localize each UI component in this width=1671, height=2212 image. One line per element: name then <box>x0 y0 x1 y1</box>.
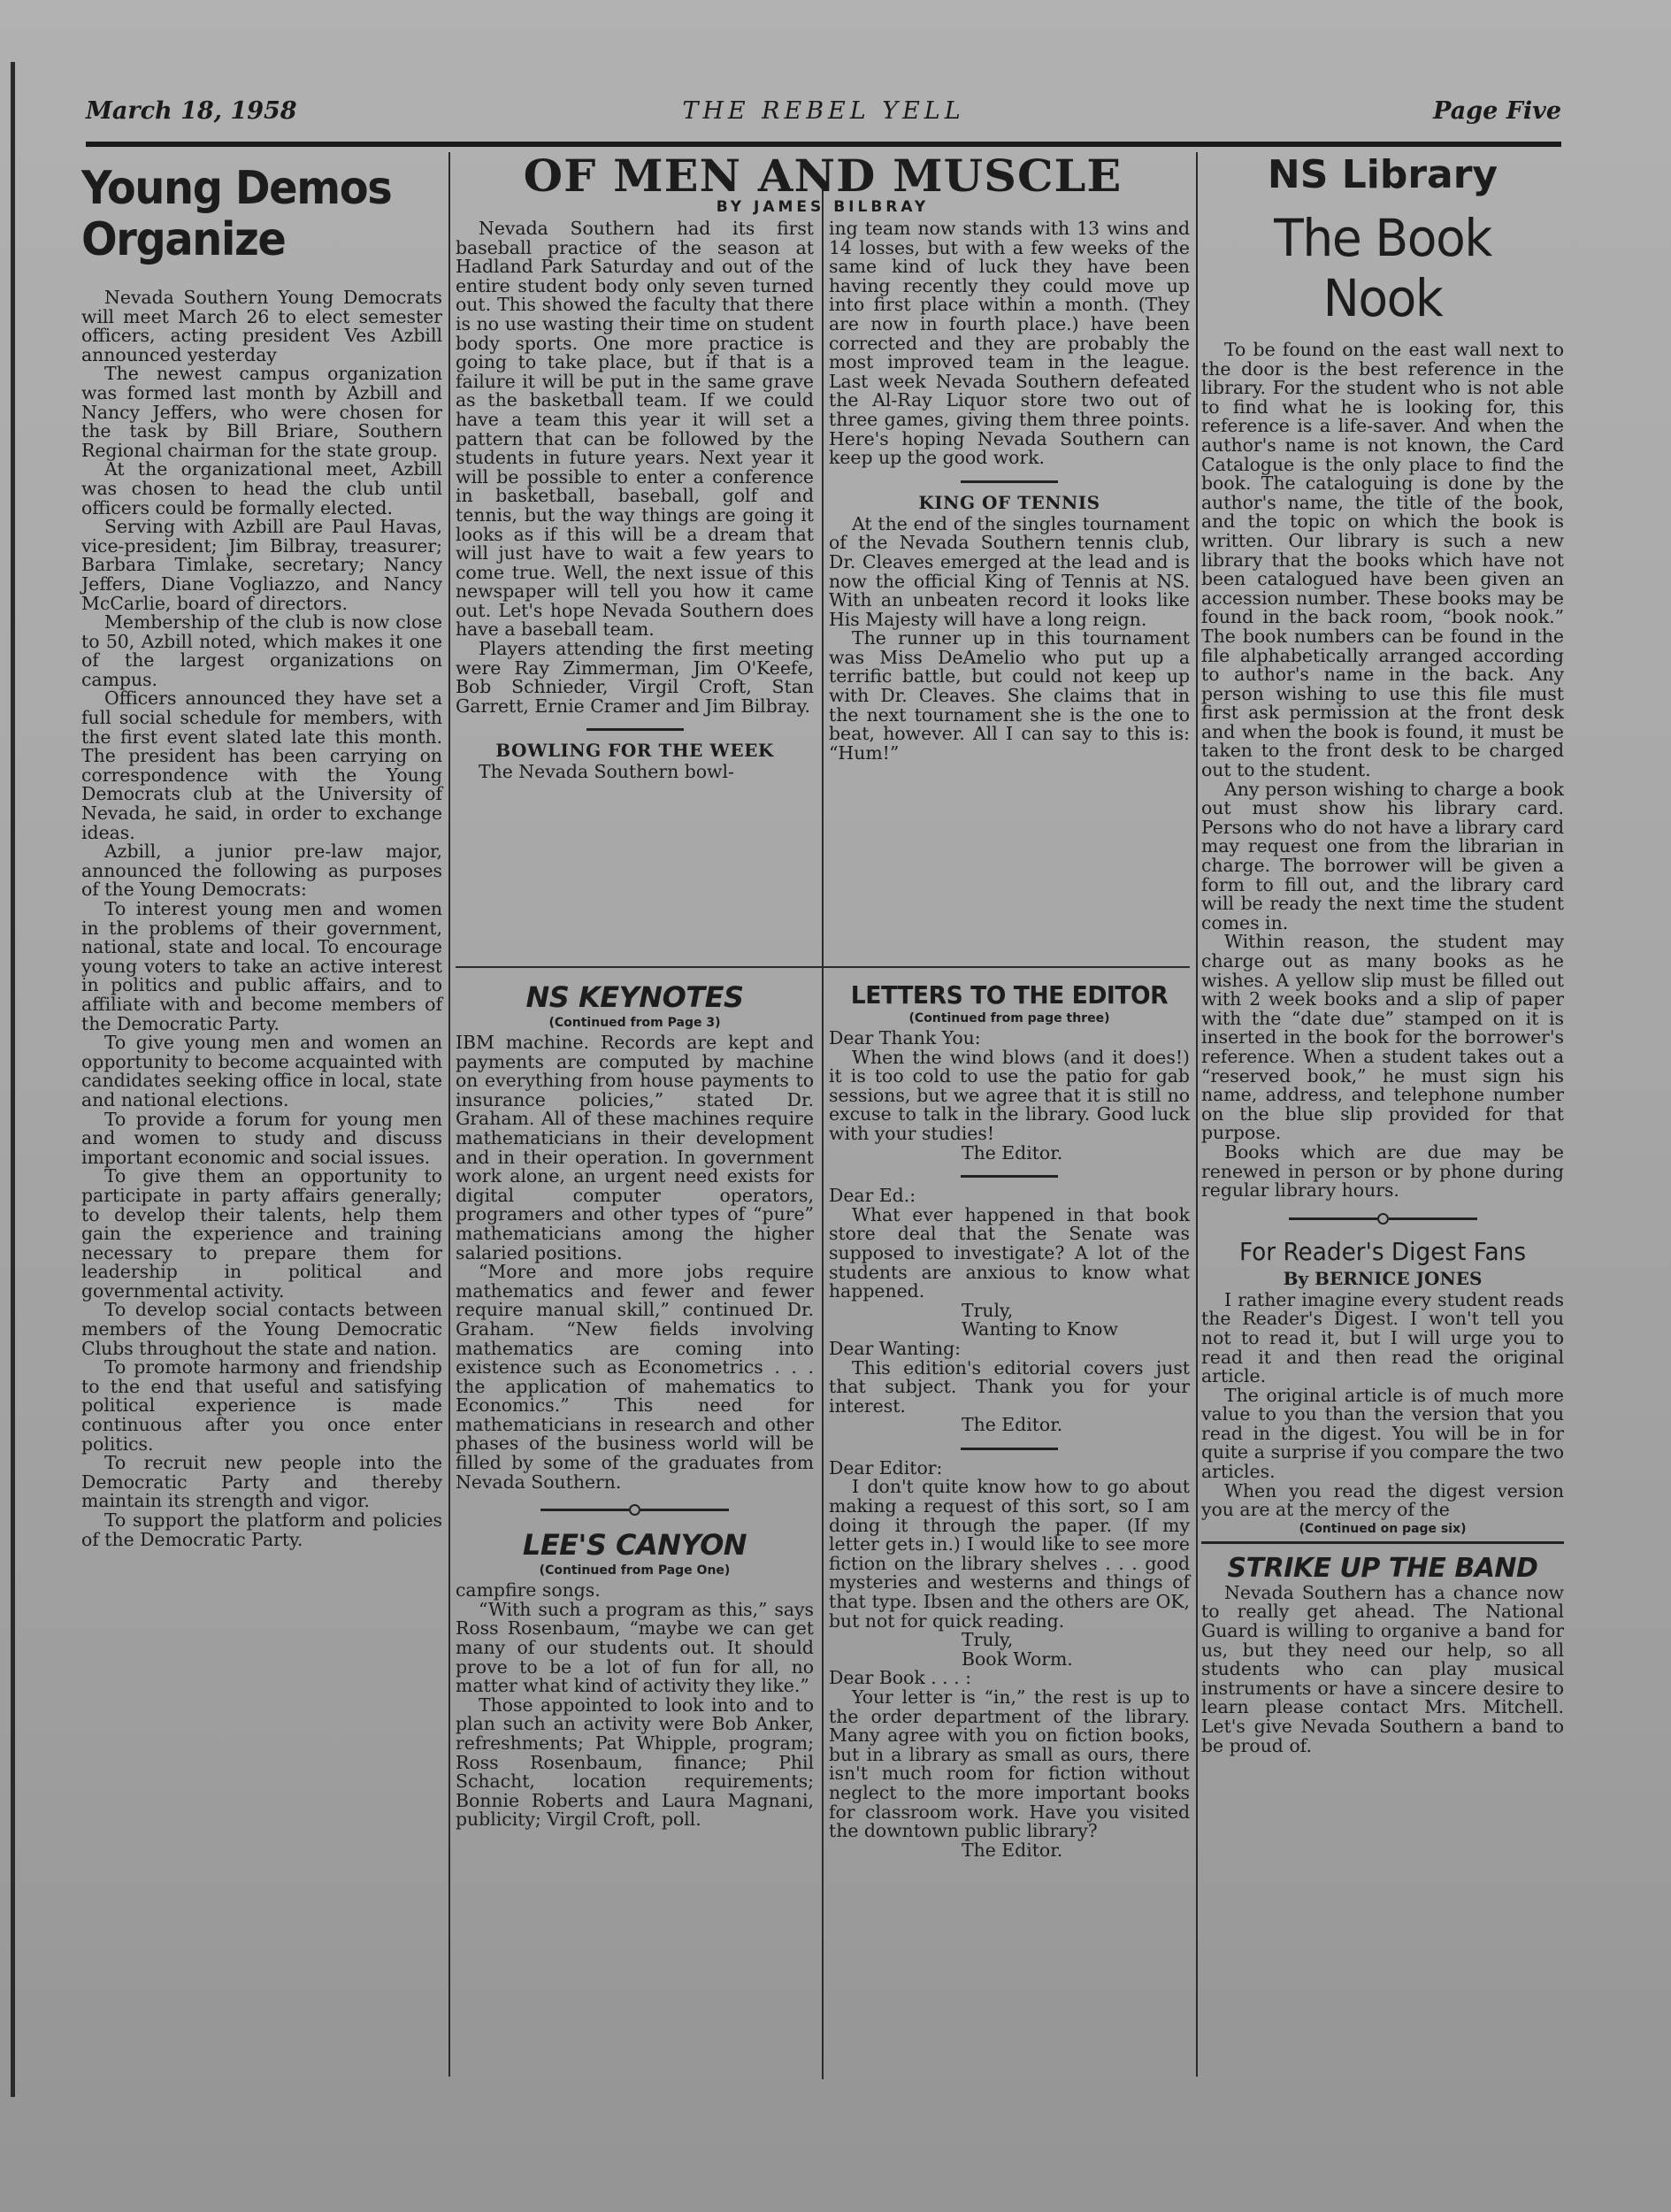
divider <box>961 1175 1058 1178</box>
letter: Dear Thank You:When the wind blows (and … <box>829 1029 1190 1163</box>
letter-body: When the wind blows (and it does!) it is… <box>829 1048 1190 1144</box>
article-body: To be found on the east wall next to the… <box>1201 341 1564 1201</box>
letter-body: This edition's editorial covers just tha… <box>829 1359 1190 1417</box>
paragraph: Membership of the club is now close to 5… <box>81 613 442 689</box>
paragraph: To support the platform and policies of … <box>81 1511 442 1549</box>
headline-letters: LETTERS TO THE EDITOR <box>838 980 1181 1010</box>
headline-readers-digest: For Reader's Digest Fans <box>1212 1237 1552 1266</box>
column-2: Nevada Southern had its first baseball p… <box>456 219 814 782</box>
letter-signature: Wanting to Know <box>829 1320 1190 1340</box>
article-body: I rather imagine every student reads the… <box>1201 1291 1564 1520</box>
article-letters: LETTERS TO THE EDITOR (Continued from pa… <box>829 973 1190 1860</box>
headline-men-and-muscle: OF MEN AND MUSCLE <box>448 154 1198 198</box>
letter-salutation: Dear Book . . . : <box>829 1669 1190 1688</box>
continued-note: (Continued from Page One) <box>456 1563 814 1578</box>
letter: Dear Wanting:This edition's editorial co… <box>829 1340 1190 1435</box>
continued-note: (Continued from page three) <box>829 1011 1190 1025</box>
paper-title: THE REBEL YELL <box>86 97 1561 125</box>
paragraph: To be found on the east wall next to the… <box>1201 341 1564 780</box>
paragraph: Serving with Azbill are Paul Havas, vice… <box>81 518 442 613</box>
article-body: “With such a program as this,” says Ross… <box>456 1601 814 1830</box>
paragraph: To give them an opportunity to participa… <box>81 1167 442 1301</box>
article-keynotes: NS KEYNOTES (Continued from Page 3) IBM … <box>456 973 814 1830</box>
paragraph: The original article is of much more val… <box>1201 1386 1564 1482</box>
article-body: At the end of the singles tournament of … <box>829 515 1190 764</box>
continued-note: (Continued on page six) <box>1201 1522 1564 1536</box>
letter-closing: Truly, <box>829 1302 1190 1321</box>
divider <box>586 728 684 731</box>
paragraph: To recruit new people into the Democrati… <box>81 1454 442 1511</box>
paragraph: Nevada Southern has a chance now to real… <box>1201 1584 1564 1755</box>
letter: Dear Book . . . :Your letter is “in,” th… <box>829 1669 1190 1860</box>
article-body: Nevada Southern has a chance now to real… <box>1201 1584 1564 1755</box>
paragraph: To develop social contacts between membe… <box>81 1301 442 1358</box>
letter: Dear Editor:I don't quite know how to go… <box>829 1459 1190 1670</box>
paragraph: “More and more jobs require mathematics … <box>456 1263 814 1492</box>
section-rule <box>456 966 1190 968</box>
paragraph: The newest campus organization was forme… <box>81 365 442 460</box>
paragraph: Any person wishing to charge a book out … <box>1201 780 1564 933</box>
letter-salutation: Dear Thank You: <box>829 1029 1190 1048</box>
letter-signature: The Editor. <box>829 1416 1190 1435</box>
paragraph: When you read the digest version you are… <box>1201 1482 1564 1520</box>
paragraph: To give young men and women an opportuni… <box>81 1033 442 1110</box>
paragraph: Officers announced they have set a full … <box>81 689 442 842</box>
paragraph: To promote harmony and friendship to the… <box>81 1358 442 1454</box>
masthead-rule <box>86 142 1561 147</box>
letter-closing: Truly, <box>829 1631 1190 1650</box>
letter-salutation: Dear Ed.: <box>829 1187 1190 1206</box>
letter-body: I don't quite know how to go about makin… <box>829 1478 1190 1631</box>
divider <box>1201 1541 1564 1544</box>
divider <box>456 1504 814 1516</box>
lees-first-line: campfire songs. <box>456 1581 814 1601</box>
letter-salutation: Dear Wanting: <box>829 1340 1190 1359</box>
paragraph: At the organizational meet, Azbill was c… <box>81 460 442 518</box>
bowling-start: The Nevada Southern bowl- <box>456 763 814 782</box>
letters-list: Dear Thank You:When the wind blows (and … <box>829 1029 1190 1860</box>
paragraph: Players attending the first meeting were… <box>456 640 814 716</box>
letter: Dear Ed.:What ever happened in that book… <box>829 1187 1190 1340</box>
article-young-demos: Young Demos Organize Nevada Southern You… <box>81 152 442 1549</box>
paragraph: To interest young men and women in the p… <box>81 900 442 1033</box>
headline-ns-library: NS Library <box>1201 152 1564 197</box>
headline-keynotes: NS KEYNOTES <box>456 980 814 1014</box>
letter-body: What ever happened in that book store de… <box>829 1206 1190 1302</box>
letter-signature: Book Worm. <box>829 1650 1190 1670</box>
byline: By BERNICE JONES <box>1201 1268 1564 1289</box>
paragraph: Nevada Southern Young Democrats will mee… <box>81 288 442 365</box>
article-library: NS Library The Book Nook To be found on … <box>1201 152 1564 1755</box>
masthead: March 18, 1958 THE REBEL YELL Page Five <box>86 97 1561 136</box>
paragraph: The runner up in this tournament was Mis… <box>829 629 1190 763</box>
paragraph: To provide a forum for young men and wom… <box>81 1110 442 1168</box>
column-rule <box>1196 152 1198 2077</box>
divider <box>961 480 1058 483</box>
article-body: IBM machine. Records are kept and paymen… <box>456 1033 814 1492</box>
newspaper-page: March 18, 1958 THE REBEL YELL Page Five … <box>0 0 1671 2212</box>
subhead-book-nook: The Book Nook <box>1210 208 1555 328</box>
headline-lees-canyon: LEE'S CANYON <box>456 1528 814 1562</box>
paragraph: Those appointed to look into and to plan… <box>456 1696 814 1830</box>
paragraph: Nevada Southern had its first baseball p… <box>456 219 814 640</box>
headline-young-demos: Young Demos Organize <box>81 163 413 265</box>
paragraph: ing team now stands with 13 wins and 14 … <box>829 219 1190 468</box>
letter-signature: The Editor. <box>829 1144 1190 1164</box>
column-rule <box>448 152 450 2077</box>
article-body: Nevada Southern had its first baseball p… <box>456 219 814 716</box>
letter-salutation: Dear Editor: <box>829 1459 1190 1479</box>
subhead-bowling: BOWLING FOR THE WEEK <box>456 740 814 761</box>
article-men-and-muscle-header: OF MEN AND MUSCLE BY JAMES BILBRAY <box>456 154 1190 218</box>
headline-strike-up-the-band: STRIKE UP THE BAND <box>1201 1553 1564 1584</box>
letter-body: Your letter is “in,” the rest is up to t… <box>829 1688 1190 1841</box>
divider <box>961 1448 1058 1450</box>
paragraph: Within reason, the student may charge ou… <box>1201 933 1564 1143</box>
paragraph: Books which are due may be renewed in pe… <box>1201 1143 1564 1201</box>
subhead-tennis: KING OF TENNIS <box>829 492 1190 513</box>
paragraph: I rather imagine every student reads the… <box>1201 1291 1564 1386</box>
article-body: ing team now stands with 13 wins and 14 … <box>829 219 1190 468</box>
divider <box>1201 1213 1564 1225</box>
column-rule <box>822 181 824 2079</box>
letter-signature: The Editor. <box>829 1841 1190 1861</box>
paragraph: Azbill, a junior pre-law major, announce… <box>81 842 442 900</box>
column-3: ing team now stands with 13 wins and 14 … <box>829 219 1190 763</box>
page-number: Page Five <box>1433 97 1561 125</box>
paragraph: IBM machine. Records are kept and paymen… <box>456 1033 814 1263</box>
paragraph: At the end of the singles tournament of … <box>829 515 1190 630</box>
paragraph: “With such a program as this,” says Ross… <box>456 1601 814 1696</box>
article-body: Nevada Southern Young Democrats will mee… <box>81 288 442 1549</box>
page-edge <box>11 62 15 2097</box>
continued-note: (Continued from Page 3) <box>456 1016 814 1030</box>
